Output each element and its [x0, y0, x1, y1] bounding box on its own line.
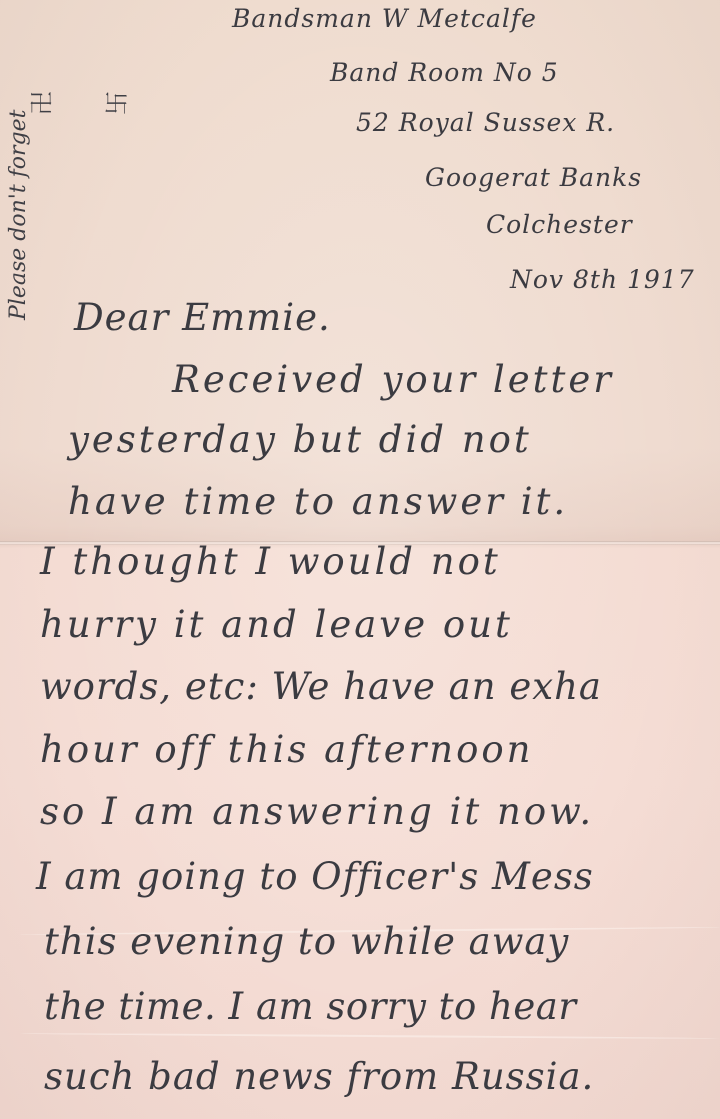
paper-crease: [20, 1033, 720, 1040]
body-line: yesterday but did not: [68, 418, 532, 461]
body-line: have time to answer it.: [68, 480, 568, 523]
address-line: Googerat Banks: [425, 163, 642, 192]
body-line: the time. I am sorry to hear: [44, 985, 577, 1028]
body-line: such bad news from Russia.: [44, 1055, 594, 1098]
margin-symbol: 卐: [97, 91, 132, 115]
address-line: Band Room No 5: [330, 58, 559, 87]
body-line: hour off this afternoon: [40, 728, 534, 771]
body-line: this evening to while away: [44, 920, 569, 963]
margin-symbol: 卍: [22, 91, 57, 115]
sender-name: Bandsman W Metcalfe: [232, 4, 537, 33]
body-line: so I am answering it now.: [40, 790, 594, 833]
margin-symbols: 卍 卐: [22, 88, 132, 118]
body-line: Received your letter: [172, 358, 614, 401]
body-line: hurry it and leave out: [40, 603, 513, 646]
body-line: words, etc: We have an exha: [40, 665, 602, 708]
body-line: I am going to Officer's Mess: [36, 855, 594, 898]
salutation: Dear Emmie.: [74, 296, 331, 339]
address-line: 52 Royal Sussex R.: [356, 108, 615, 137]
body-line: I thought I would not: [40, 540, 501, 583]
address-town: Colchester: [486, 210, 633, 239]
letter-date: Nov 8th 1917: [510, 265, 695, 294]
margin-note: Please don't forget: [6, 109, 31, 320]
